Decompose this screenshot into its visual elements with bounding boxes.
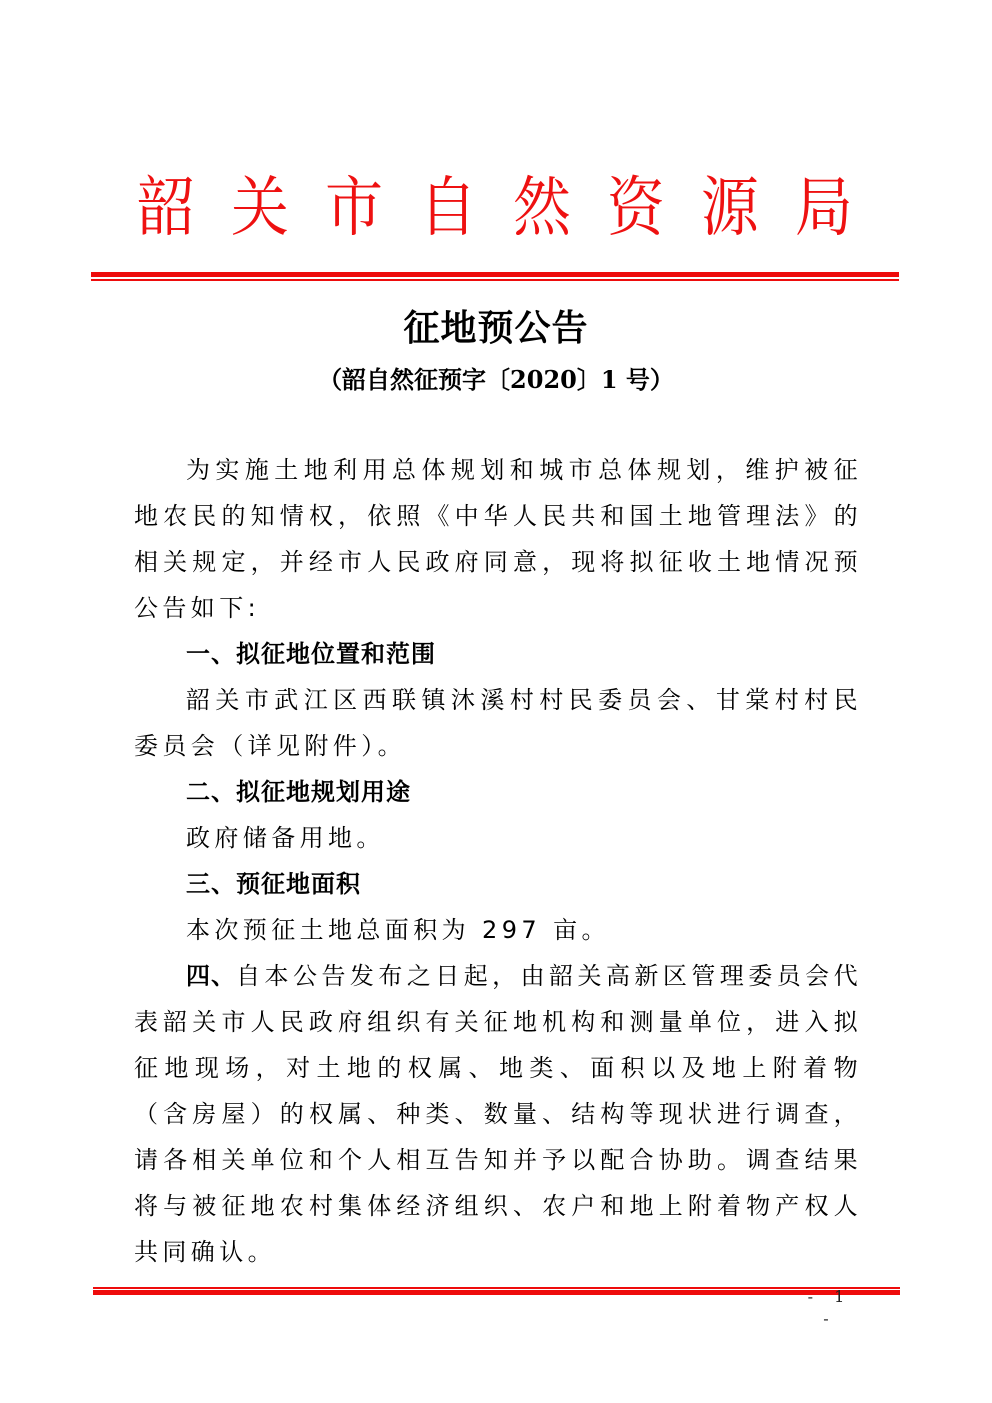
section-text-location: 韶关市武江区西联镇沐溪村村民委员会、甘棠村村民委员会（详见附件）。 [134, 677, 862, 769]
section-survey-lead: 四、 [186, 962, 236, 990]
agency-name-char: 然 [513, 168, 571, 246]
agency-name-char: 局 [795, 168, 853, 246]
agency-name-char: 资 [607, 168, 665, 246]
section-text-area: 本次预征土地总面积为 297 亩。 [134, 907, 862, 953]
section-survey-text: 自本公告发布之日起，由韶关高新区管理委员会代表韶关市人民政府组织有关征地机构和测… [134, 962, 862, 1266]
agency-name-char: 关 [231, 168, 289, 246]
section-heading-location: 一、拟征地位置和范围 [134, 631, 862, 677]
page-number: - 1 - [795, 1286, 865, 1330]
agency-name-header: 韶 关 市 自 然 资 源 局 [91, 172, 899, 242]
section-heading-usage: 二、拟征地规划用途 [134, 769, 862, 815]
section-text-usage: 政府储备用地。 [134, 815, 862, 861]
agency-name-char: 韶 [137, 168, 195, 246]
document-body: 为实施土地利用总体规划和城市总体规划，维护被征地农民的知情权，依照《中华人民共和… [134, 447, 862, 1275]
footer-rule-thick [93, 1290, 900, 1295]
agency-name-char: 市 [325, 168, 383, 246]
document-title: 征地预公告 [0, 306, 992, 350]
document-number: （韶自然征预字〔2020〕1 号） [0, 362, 992, 398]
section-survey-paragraph: 四、自本公告发布之日起，由韶关高新区管理委员会代表韶关市人民政府组织有关征地机构… [134, 953, 862, 1275]
header-rule-thick [91, 272, 899, 277]
agency-name-char: 源 [701, 168, 759, 246]
footer-rule-thin [93, 1287, 900, 1289]
agency-name-char: 自 [419, 168, 477, 246]
header-rule-thin [91, 279, 899, 281]
intro-paragraph: 为实施土地利用总体规划和城市总体规划，维护被征地农民的知情权，依照《中华人民共和… [134, 447, 862, 631]
section-heading-area: 三、预征地面积 [134, 861, 862, 907]
